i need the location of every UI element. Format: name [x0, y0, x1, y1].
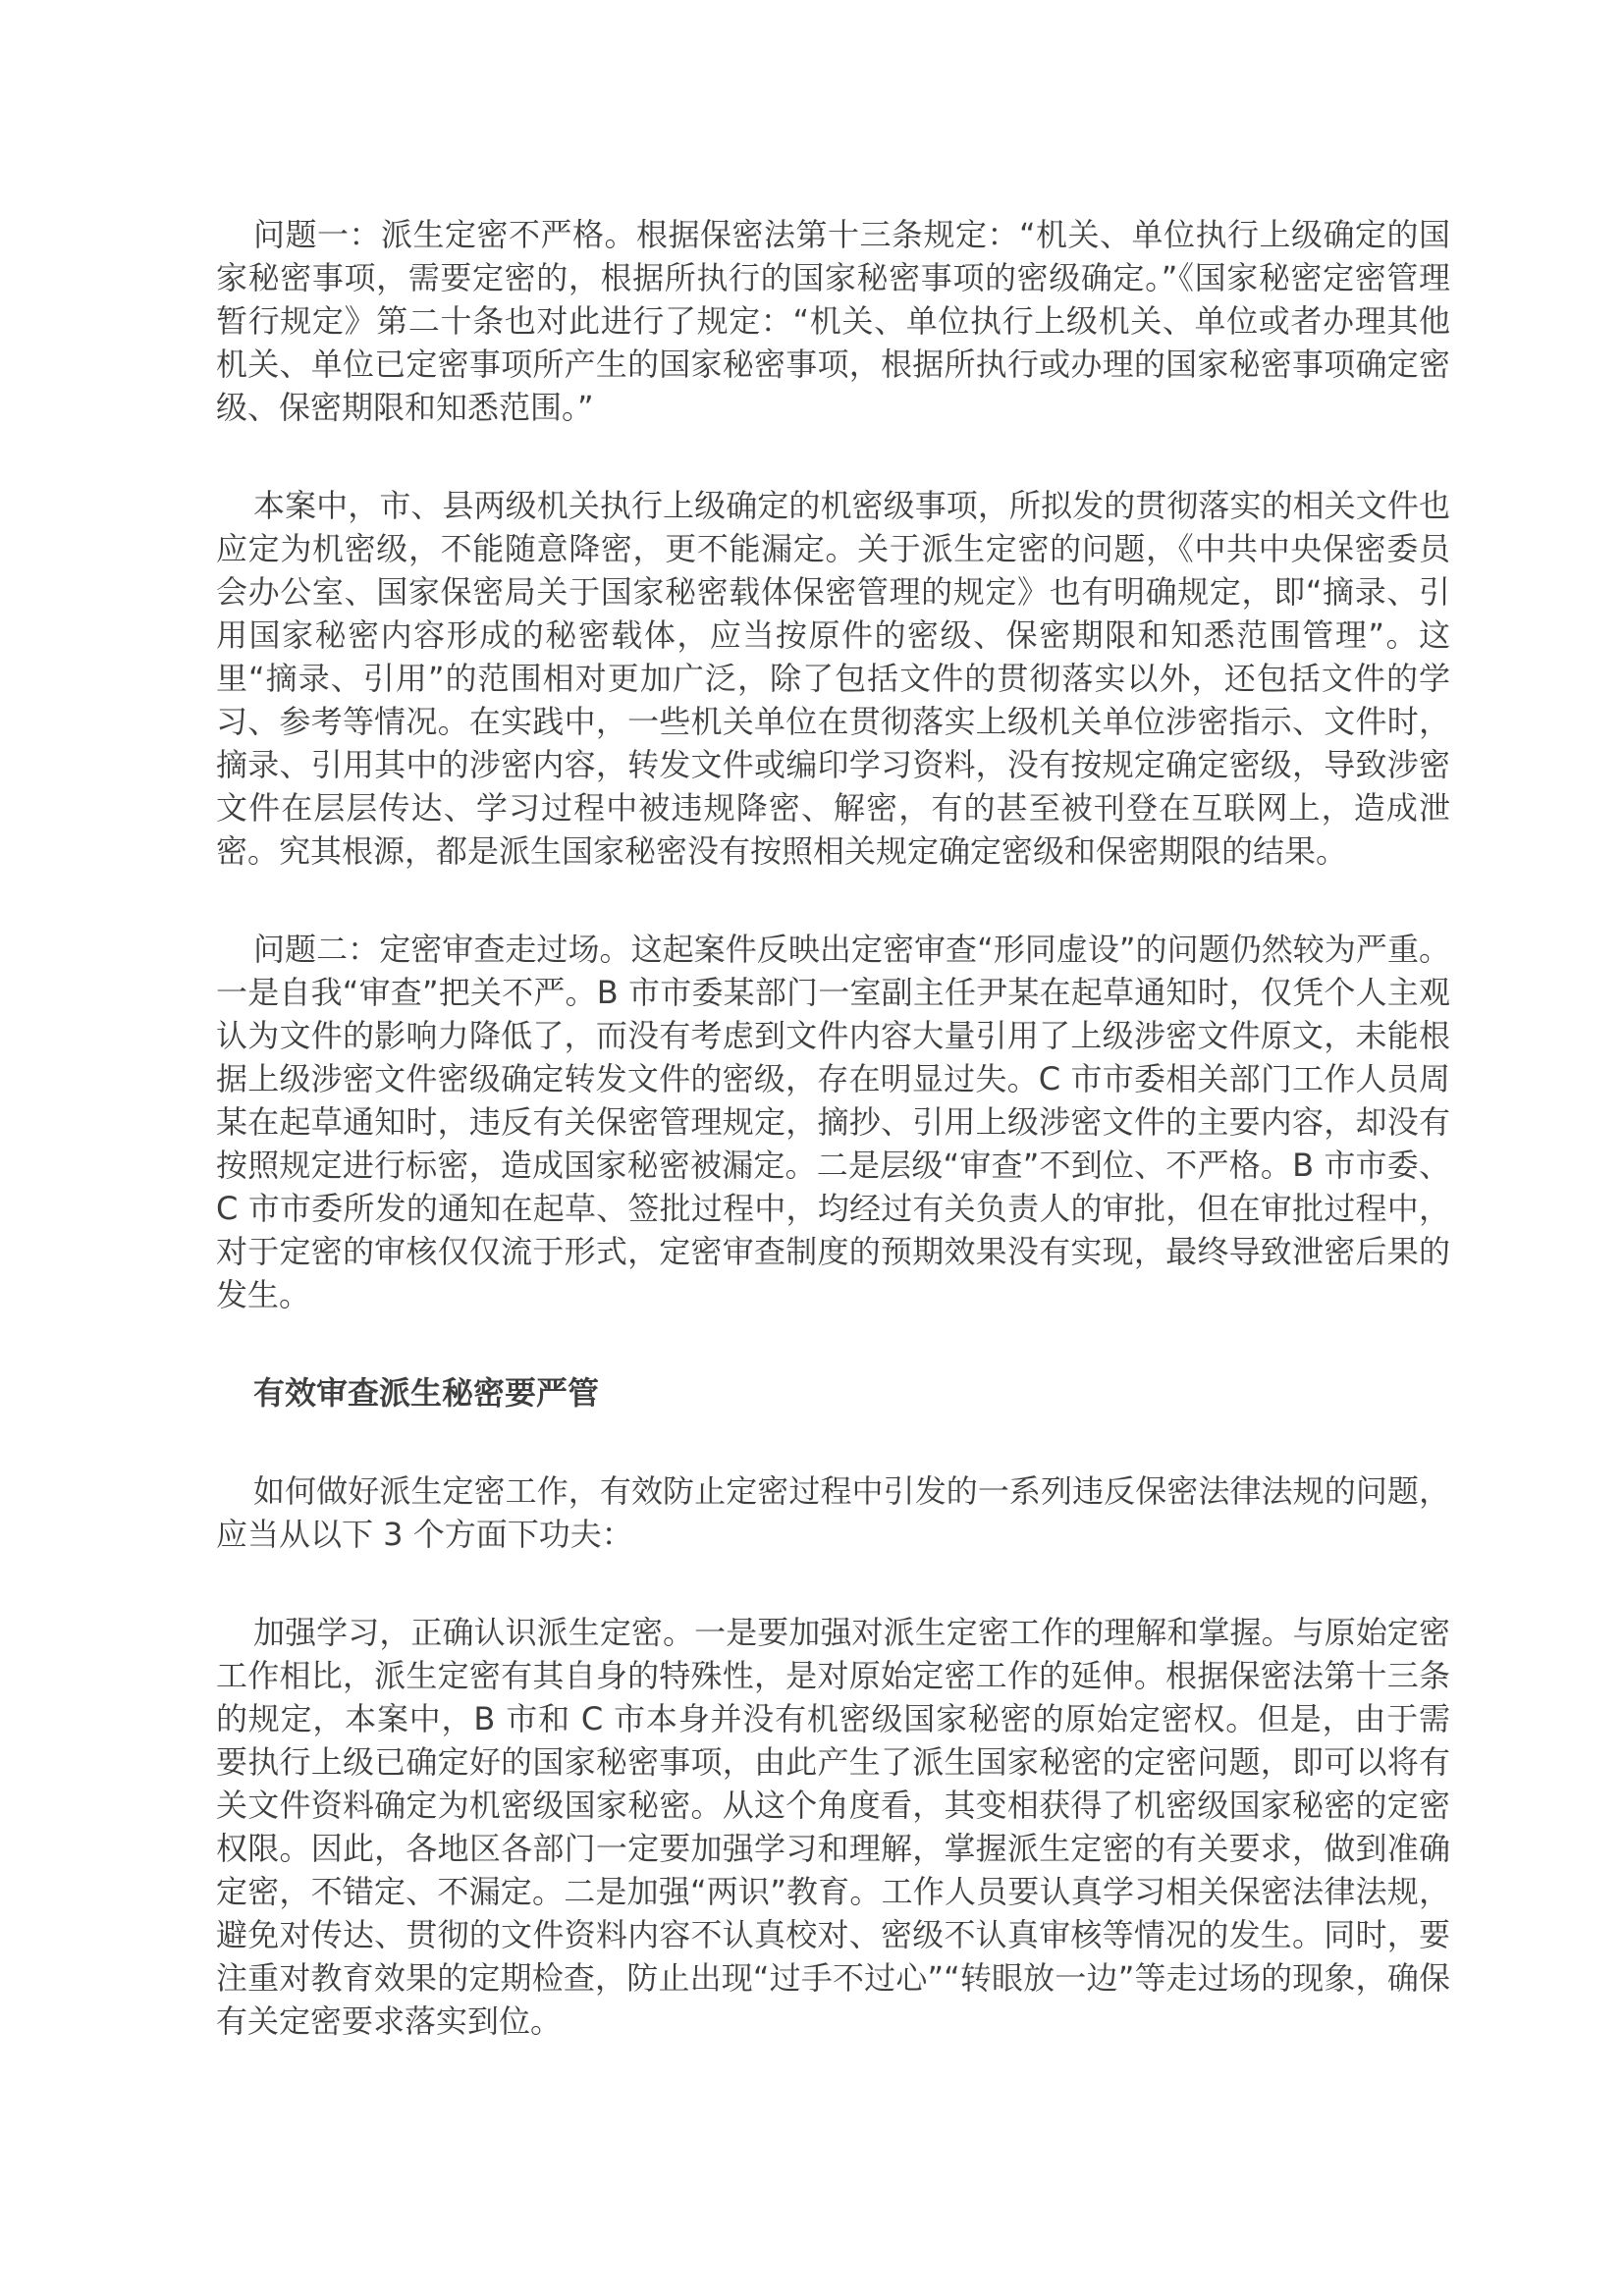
body-paragraph-problem-1: 问题一：派生定密不严格。根据保密法第十三条规定：“机关、单位执行上级确定的国家秘…: [216, 213, 1450, 429]
body-paragraph-point-strengthen-learning: 加强学习，正确认识派生定密。一是要加强对派生定密工作的理解和掌握。与原始定密工作…: [216, 1611, 1450, 2043]
body-paragraph-three-points-intro: 如何做好派生定密工作，有效防止定密过程中引发的一系列违反保密法律法规的问题，应当…: [216, 1469, 1450, 1556]
body-paragraph-case-analysis: 本案中，市、县两级机关执行上级确定的机密级事项，所拟发的贯彻落实的相关文件也应定…: [216, 484, 1450, 873]
section-heading: 有效审查派生秘密要严管: [216, 1371, 1450, 1415]
document-content: 问题一：派生定密不严格。根据保密法第十三条规定：“机关、单位执行上级确定的国家秘…: [216, 213, 1450, 2043]
body-paragraph-problem-2: 问题二：定密审查走过场。这起案件反映出定密审查“形同虚设”的问题仍然较为严重。一…: [216, 928, 1450, 1316]
document-page: 问题一：派生定密不严格。根据保密法第十三条规定：“机关、单位执行上级确定的国家秘…: [0, 0, 1624, 2296]
